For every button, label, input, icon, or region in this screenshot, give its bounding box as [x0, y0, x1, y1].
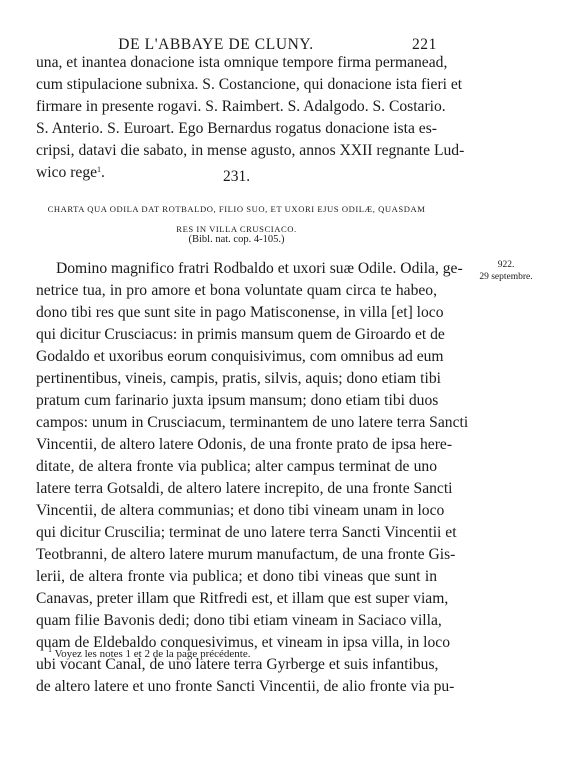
book-page: DE L'ABBAYE DE CLUNY. 221 una, et inante…: [0, 0, 565, 775]
text-line: quam filie Bavonis dedi; dono tibi etiam…: [36, 610, 437, 632]
text-line: de altero latere et uno fronte Sancti Vi…: [36, 676, 437, 698]
footnote-text: Voyez les notes 1 et 2 de la page précéd…: [55, 648, 251, 660]
charter-body: Domino magnifico fratri Rodbaldo et uxor…: [36, 258, 437, 698]
charter-number: 231.: [36, 168, 437, 186]
text-line: cum stipulacione subnixa. S. Costancione…: [36, 74, 437, 96]
margin-date-year: 922.: [456, 259, 556, 271]
charter-title-line: CHARTA QUA ODILA DAT ROTBALDO, FILIO SUO…: [36, 199, 437, 219]
text-line: lerii, de altera fronte via publica; et …: [36, 566, 437, 588]
text-line: firmare in presente rogavi. S. Raimbert.…: [36, 96, 437, 118]
margin-date: 922. 29 septembre.: [456, 259, 556, 283]
charter-source: (Bibl. nat. cop. 4-105.): [36, 234, 437, 245]
text-line: cripsi, datavi die sabato, in mense agus…: [36, 140, 437, 162]
text-line: netrice tua, in pro amore et bona volunt…: [36, 280, 437, 302]
text-line: latere terra Gotsaldi, de altero latere …: [36, 478, 437, 500]
text-line: pratum cum farinario juxta ipsum mansum;…: [36, 390, 437, 412]
margin-date-day: 29 septembre.: [456, 271, 556, 283]
charter-title: CHARTA QUA ODILA DAT ROTBALDO, FILIO SUO…: [36, 199, 437, 239]
text-line: Teotbranni, de altero latere murum manuf…: [36, 544, 437, 566]
text-line: qui dicitur Cruscilia; terminat de uno l…: [36, 522, 437, 544]
text-line: campos: unum in Crusciacum, terminantem …: [36, 412, 437, 434]
footnote: 1 Voyez les notes 1 et 2 de la page préc…: [48, 648, 250, 660]
text-line: S. Anterio. S. Euroart. Ego Bernardus ro…: [36, 118, 437, 140]
text-line: Vincentii, de altera communias; et dono …: [36, 500, 437, 522]
text-line: pertinentibus, vineis, campis, pratis, s…: [36, 368, 437, 390]
text-line: Godaldo et uxoribus eorum conquisivimus,…: [36, 346, 437, 368]
text-line: ditate, de altera fronte via publica; al…: [36, 456, 437, 478]
text-line: Vincentii, de altero latere Odonis, de u…: [36, 434, 437, 456]
text-line: Canavas, preter illam que Ritfredi est, …: [36, 588, 437, 610]
text-line: Domino magnifico fratri Rodbaldo et uxor…: [36, 258, 437, 280]
continued-charter-text: una, et inantea donacione ista omnique t…: [36, 52, 437, 184]
text-line: una, et inantea donacione ista omnique t…: [36, 52, 437, 74]
text-line: dono tibi res que sunt site in pago Mati…: [36, 302, 437, 324]
text-line: qui dicitur Crusciacus: in primis mansum…: [36, 324, 437, 346]
footnote-marker: 1: [48, 645, 52, 654]
